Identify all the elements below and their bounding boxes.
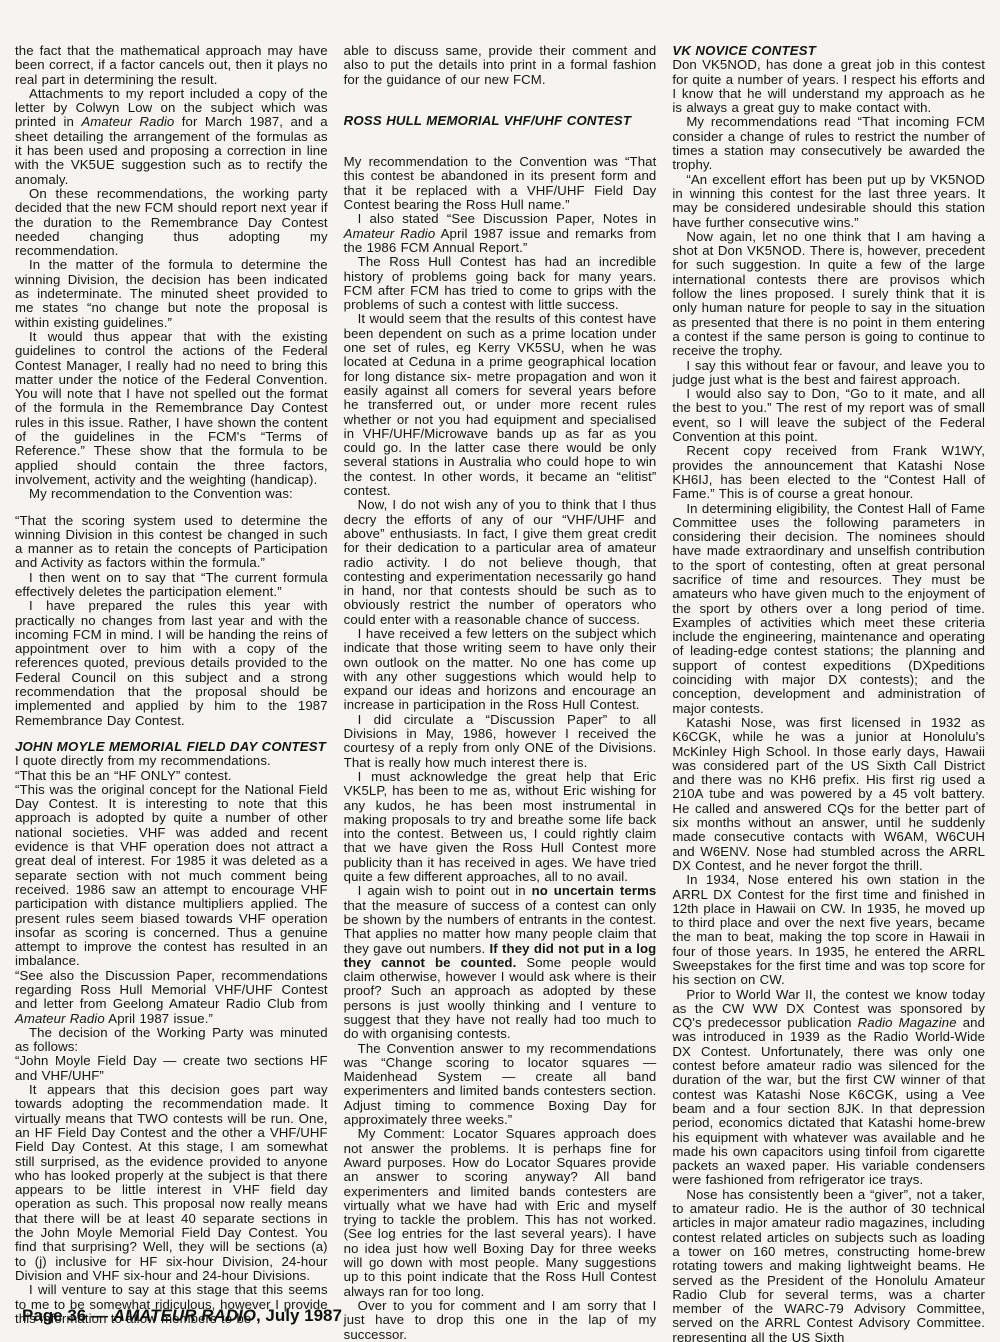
paragraph: In determining eligibility, the Contest … xyxy=(672,502,985,716)
article-column-1: the fact that the mathematical approach … xyxy=(15,44,328,1342)
paragraph: My recommendation to the Convention was: xyxy=(15,487,328,501)
magazine-page: the fact that the mathematical approach … xyxy=(0,0,1000,1342)
footer-magazine-title: AMATEUR RADIO xyxy=(113,1306,256,1325)
paragraph: My Comment: Locator Squares approach doe… xyxy=(344,1127,657,1299)
paragraph: Over to you for comment and I am sorry t… xyxy=(344,1299,657,1342)
paragraph: Katashi Nose, was first licensed in 1932… xyxy=(672,716,985,873)
paragraph: “John Moyle Field Day — create two secti… xyxy=(15,1054,328,1083)
paragraph: It would seem that the results of this c… xyxy=(344,312,657,498)
paragraph: I also stated “See Discussion Paper, Not… xyxy=(344,212,657,255)
paragraph: I have received a few letters on the sub… xyxy=(344,627,657,713)
paragraph: I must acknowledge the great help that E… xyxy=(344,770,657,884)
paragraph: able to discuss same, provide their comm… xyxy=(344,44,657,87)
article-columns: the fact that the mathematical approach … xyxy=(0,0,1000,1342)
paragraph: “That the scoring system used to determi… xyxy=(15,514,328,571)
section-heading: ROSS HULL MEMORIAL VHF/UHF CONTEST xyxy=(344,114,657,128)
paragraph: On these recommendations, the working pa… xyxy=(15,187,328,258)
paragraph: I quote directly from my recommendations… xyxy=(15,754,328,768)
paragraph: “See also the Discussion Paper, recommen… xyxy=(15,969,328,1026)
paragraph: Attachments to my report included a copy… xyxy=(15,87,328,187)
footer-page-number: Page 36 — xyxy=(22,1306,113,1325)
paragraph: I have prepared the rules this year with… xyxy=(15,599,328,728)
paragraph: “An excellent effort has been put up by … xyxy=(672,173,985,230)
paragraph: It appears that this decision goes part … xyxy=(15,1083,328,1283)
paragraph: Recent copy received from Frank W1WY, pr… xyxy=(672,444,985,501)
paragraph: Now, I do not wish any of you to think t… xyxy=(344,498,657,627)
paragraph: The decision of the Working Party was mi… xyxy=(15,1026,328,1055)
paragraph: It would thus appear that with the exist… xyxy=(15,330,328,487)
footer-issue-date: , July 1987 xyxy=(256,1306,342,1325)
paragraph: the fact that the mathematical approach … xyxy=(15,44,328,87)
paragraph: Prior to World War II, the contest we kn… xyxy=(672,988,985,1188)
paragraph: My recommendations read “That incoming F… xyxy=(672,115,985,172)
paragraph: Now again, let no one think that I am ha… xyxy=(672,230,985,359)
paragraph: I again wish to point out in no uncertai… xyxy=(344,884,657,1041)
section-heading: VK NOVICE CONTEST xyxy=(672,44,985,58)
paragraph: In 1934, Nose entered his own station in… xyxy=(672,873,985,987)
paragraph: In the matter of the formula to determin… xyxy=(15,258,328,329)
paragraph: I say this without fear or favour, and l… xyxy=(672,359,985,388)
paragraph: The Ross Hull Contest has had an incredi… xyxy=(344,255,657,312)
paragraph: The Convention answer to my recommendati… xyxy=(344,1042,657,1128)
article-column-3: VK NOVICE CONTESTDon VK5NOD, has done a … xyxy=(672,44,985,1342)
paragraph: I then went on to say that “The current … xyxy=(15,571,328,600)
paragraph: “This was the original concept for the N… xyxy=(15,783,328,969)
page-footer: Page 36 — AMATEUR RADIO, July 1987 xyxy=(22,1306,342,1326)
paragraph: I would also say to Don, “Go to it mate,… xyxy=(672,387,985,444)
paragraph: Nose has consistently been a “giver”, no… xyxy=(672,1188,985,1342)
paragraph: I did circulate a “Discussion Paper” to … xyxy=(344,713,657,770)
paragraph: Don VK5NOD, has done a great job in this… xyxy=(672,58,985,115)
section-heading: JOHN MOYLE MEMORIAL FIELD DAY CONTEST xyxy=(15,740,328,754)
paragraph: My recommendation to the Convention was … xyxy=(344,155,657,212)
article-column-2: able to discuss same, provide their comm… xyxy=(344,44,657,1342)
paragraph: “That this be an “HF ONLY” contest. xyxy=(15,769,328,783)
